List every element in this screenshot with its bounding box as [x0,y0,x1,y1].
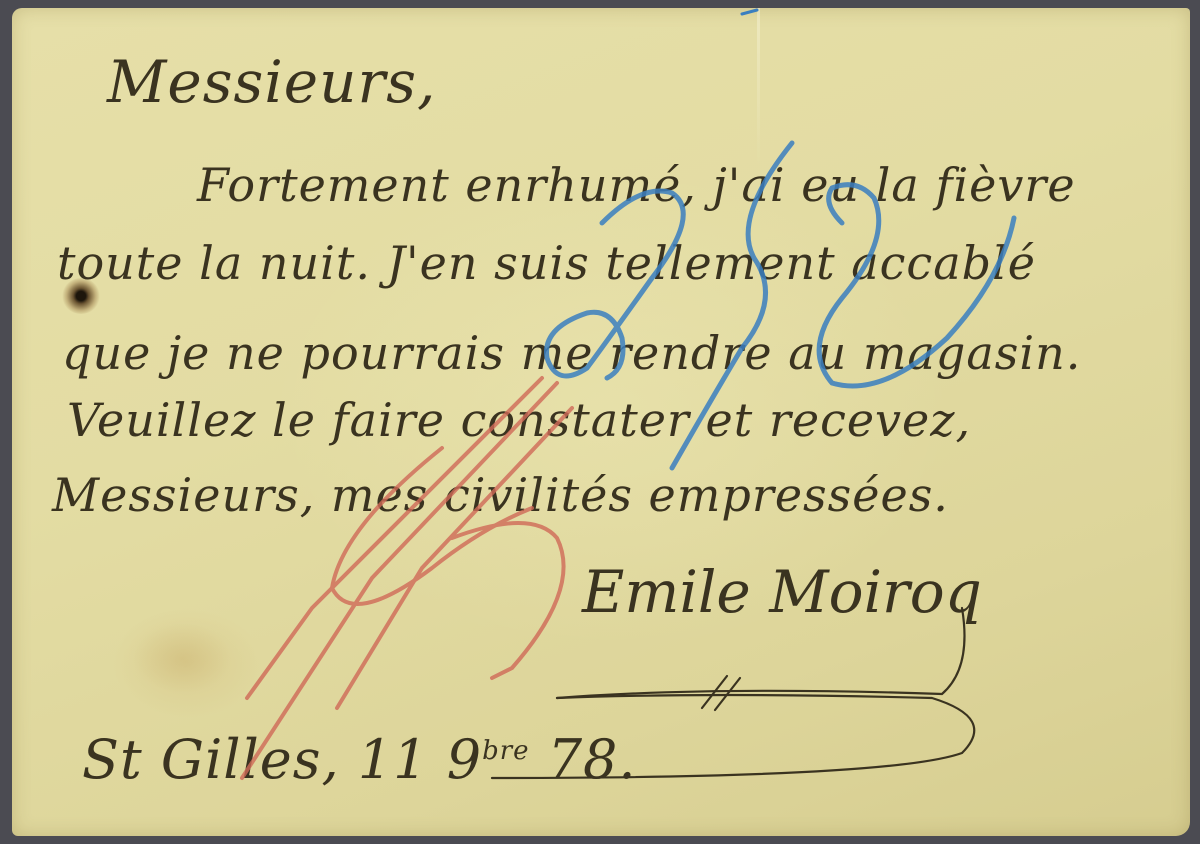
date-day: 11 [358,728,429,791]
postcard-frame: Messieurs, Fortement enrhumé, j'ai eu la… [0,0,1200,844]
date-line: St Gilles, 11 9bre 78. [82,728,637,791]
letter-line-3: que je ne pourrais me rendre au magasin. [62,326,1081,380]
blue-tick-mark [742,10,757,14]
letter-line-2: toute la nuit. J'en suis tellement accab… [57,236,1036,290]
paper-stain [112,608,262,718]
date-year: 78. [548,728,637,791]
place: St Gilles, [82,728,340,791]
date-month-sup: bre [482,736,529,766]
letter-line-4: Veuillez le faire constater et recevez, [67,393,971,447]
signature: Emile Moiroq [582,558,982,626]
postcard: Messieurs, Fortement enrhumé, j'ai eu la… [12,8,1190,836]
salutation: Messieurs, [107,48,436,116]
letter-line-5: Messieurs, mes civilités empressées. [52,468,949,522]
paper-crease [757,8,760,168]
date-month: 9 [447,728,482,791]
letter-line-1: Fortement enrhumé, j'ai eu la fièvre [197,158,1076,212]
